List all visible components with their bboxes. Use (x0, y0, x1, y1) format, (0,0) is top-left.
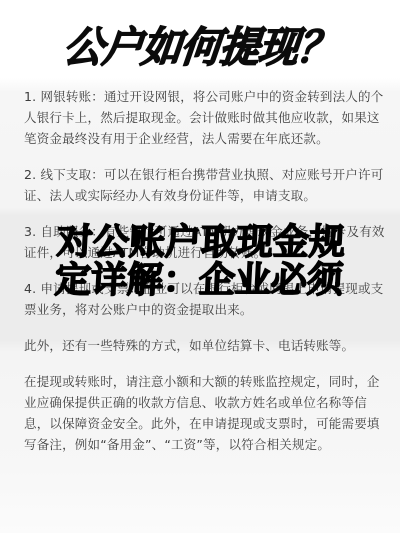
paragraph-offline-withdrawal: 2. 线下支取：可以在银行柜台携带营业执照、对应账号开户许可证、法人或实际经办人… (24, 164, 386, 206)
paragraph-online-banking-transfer: 1. 网银转账：通过开设网银，将公司账户中的资金转到法人的个人银行卡上，然后提取… (24, 86, 386, 149)
article-image: 公户如何提现？ 1. 网银转账：通过开设网银，将公司账户中的资金转到法人的个人银… (0, 0, 400, 533)
paragraph-apply-cash-or-cheque: 4. 申请提现或支票：企业可以在银行柜台或网银上申请提现或支票业务，将对公账户中… (24, 278, 386, 320)
article-body: 1. 网银转账：通过开设网银，将公司账户中的资金转到法人的个人银行卡上，然后提取… (24, 86, 386, 470)
article-title: 公户如何提现？ (0, 22, 400, 74)
paragraph-atm-self-service: 3. 自助服务：有些银行可通过ATM机办理现金业务，持卡及有效证件，可以通过AT… (24, 221, 386, 263)
paragraph-special-methods: 此外，还有一些特殊的方式，如单位结算卡、电话转账等。 (24, 335, 386, 356)
paragraph-compliance-notes: 在提现或转账时，请注意小额和大额的转账监控规定，同时，企业应确保提供正确的收款方… (24, 371, 386, 455)
